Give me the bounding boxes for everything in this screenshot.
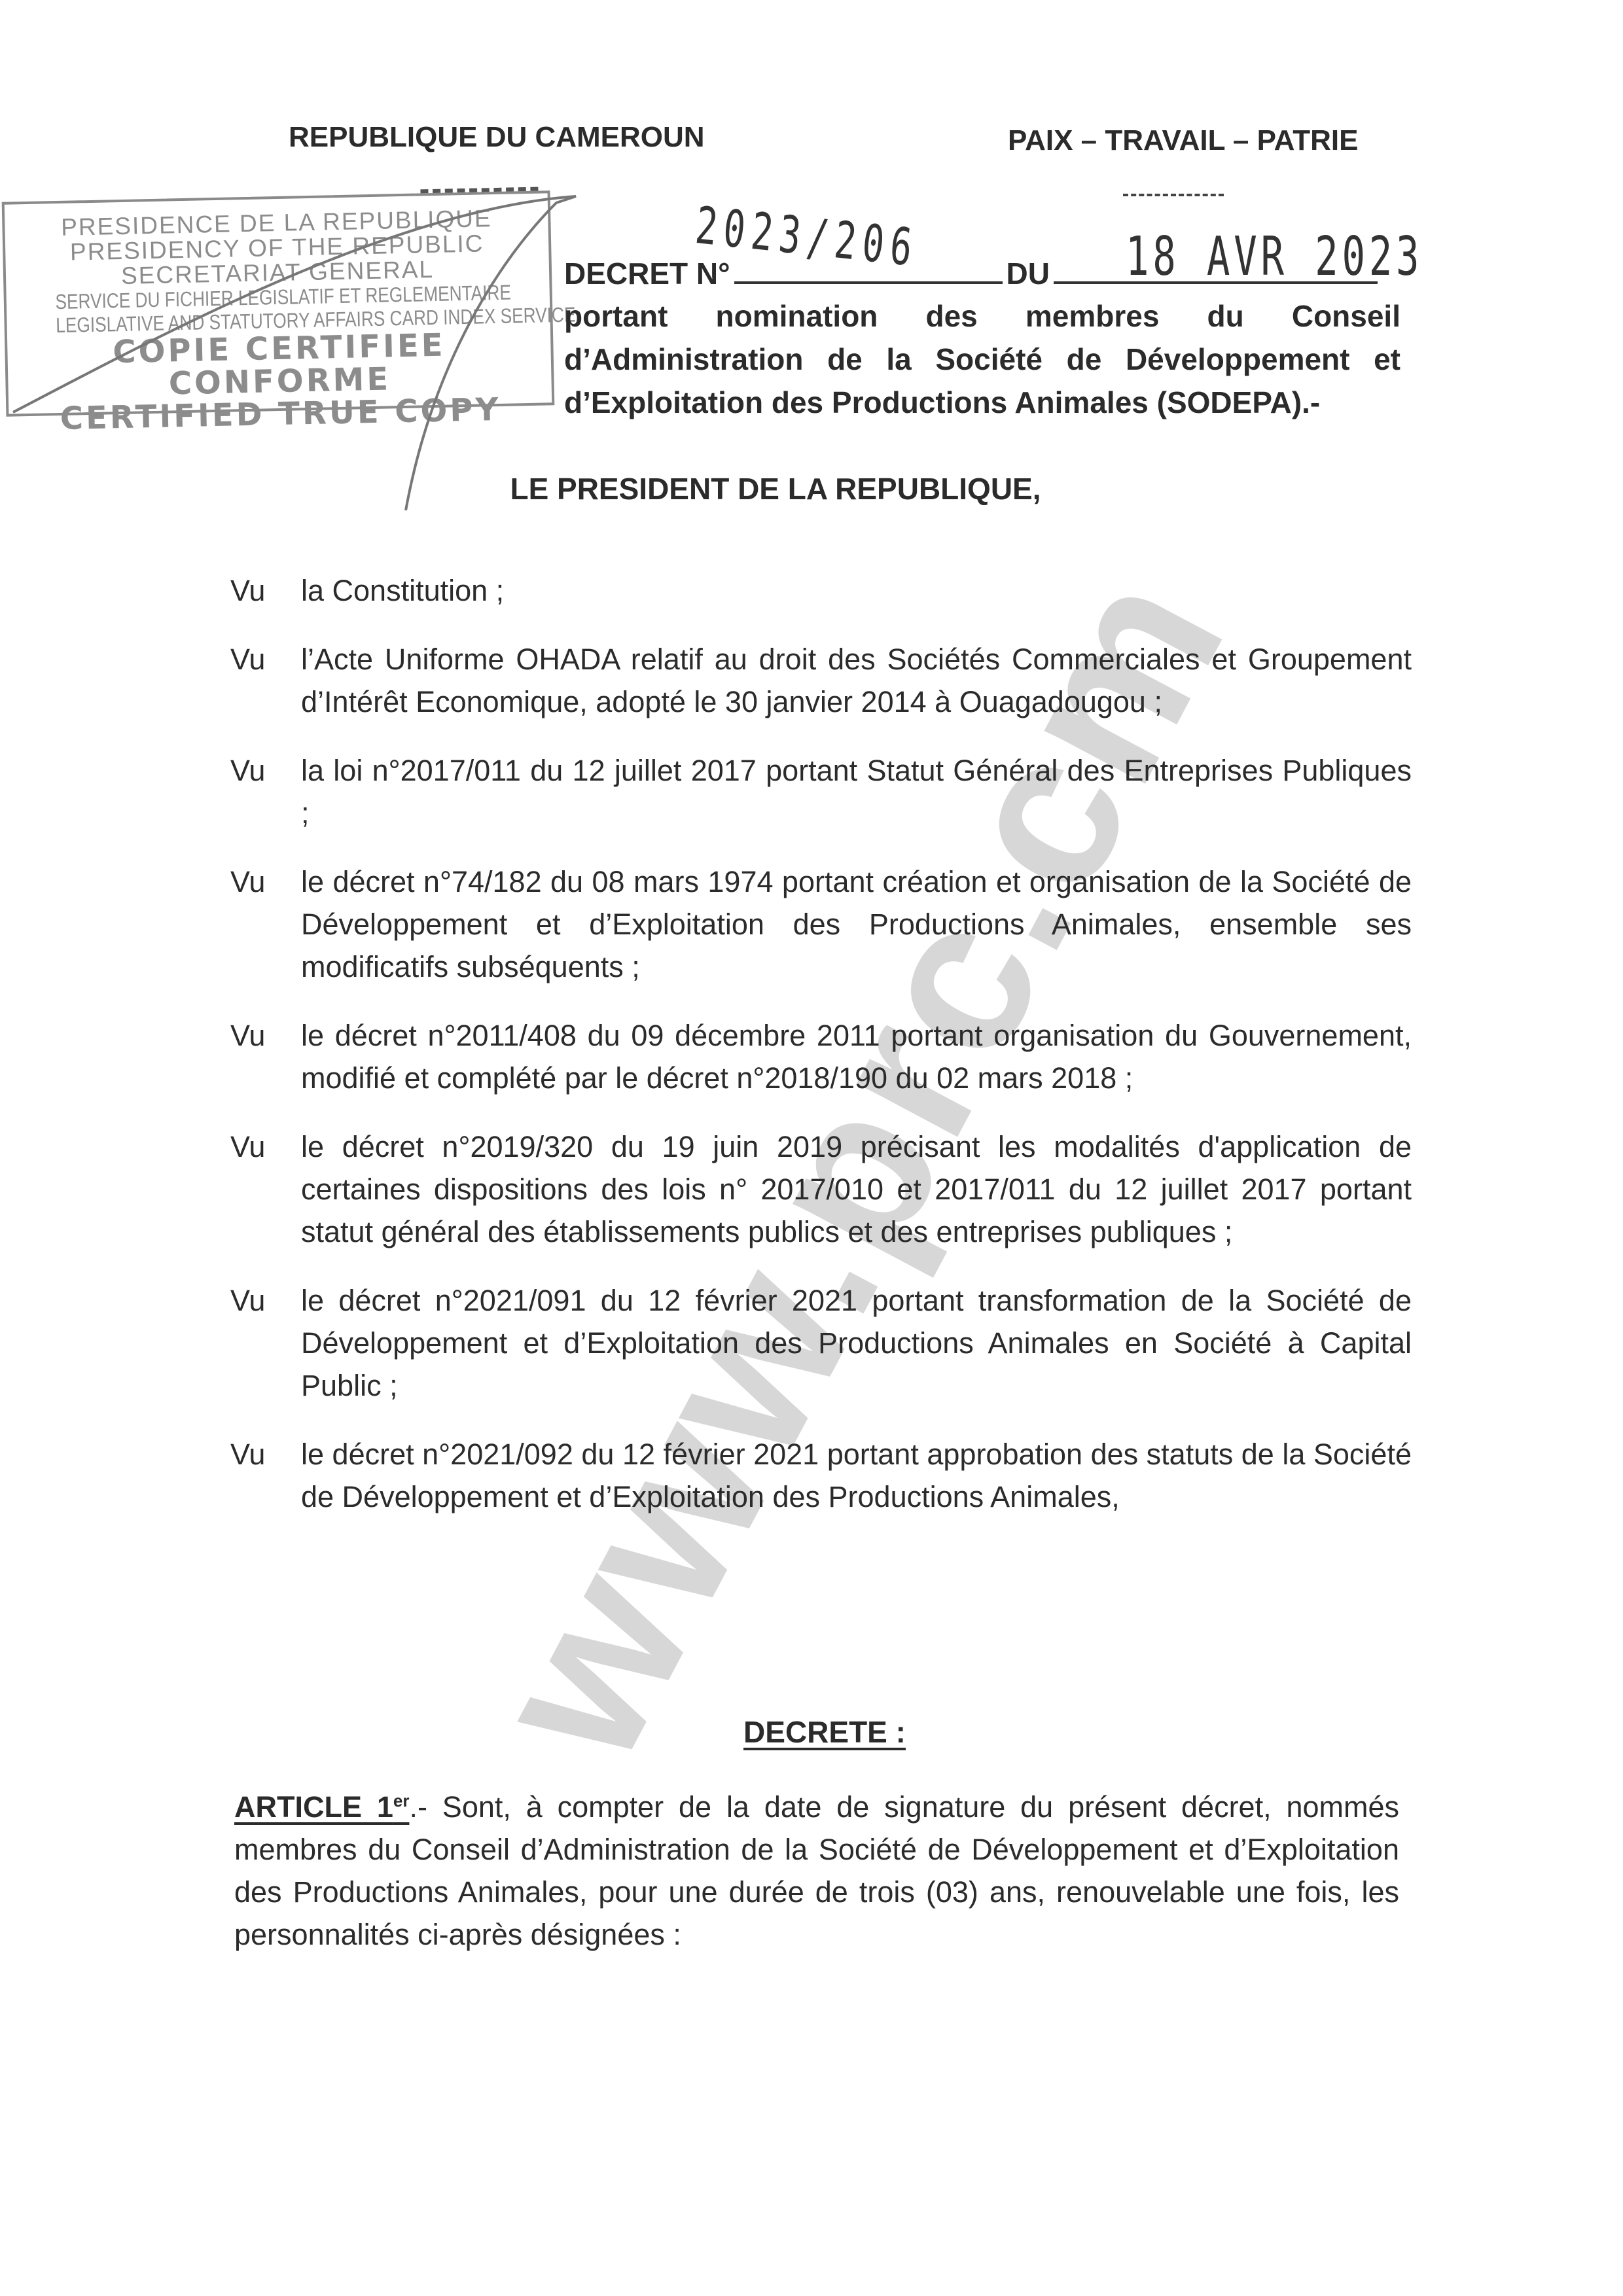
vu-text: le décret n°2011/408 du 09 décembre 2011… — [301, 1014, 1412, 1099]
vu-marker: Vu — [230, 1433, 301, 1518]
vu-marker: Vu — [230, 1014, 301, 1099]
vu-item: Vule décret n°74/182 du 08 mars 1974 por… — [230, 860, 1412, 988]
vu-item: Vula Constitution ; — [230, 569, 1412, 612]
motto-divider — [1123, 194, 1224, 196]
vu-item: Vule décret n°2021/091 du 12 février 202… — [230, 1279, 1412, 1407]
decree-date-blank — [1054, 255, 1378, 284]
vu-text: le décret n°74/182 du 08 mars 1974 porta… — [301, 860, 1412, 988]
vu-text: le décret n°2021/092 du 12 février 2021 … — [301, 1433, 1412, 1518]
president-heading: LE PRESIDENT DE LA REPUBLIQUE, — [0, 471, 1623, 506]
vu-marker: Vu — [230, 569, 301, 612]
vu-marker: Vu — [230, 638, 301, 723]
vu-item: Vula loi n°2017/011 du 12 juillet 2017 p… — [230, 749, 1412, 834]
president-heading-text: LE PRESIDENT DE LA REPUBLIQUE, — [510, 471, 1041, 506]
vu-text: le décret n°2019/320 du 19 juin 2019 pré… — [301, 1125, 1412, 1253]
vu-item: Vul’Acte Uniforme OHADA relatif au droit… — [230, 638, 1412, 723]
decrete-heading: DECRETE : — [0, 1714, 1623, 1750]
article-1-label: ARTICLE 1er — [234, 1790, 409, 1824]
vu-text: la loi n°2017/011 du 12 juillet 2017 por… — [301, 749, 1412, 834]
decree-number-blank — [734, 255, 1003, 284]
vu-item: Vule décret n°2011/408 du 09 décembre 20… — [230, 1014, 1412, 1099]
stamp-top-bar — [420, 187, 538, 194]
article-1-label-sup: er — [393, 1791, 410, 1810]
article-1-text: .- Sont, à compter de la date de signatu… — [234, 1790, 1399, 1951]
vu-marker: Vu — [230, 1125, 301, 1253]
decree-number-line: DECRET N°DU — [564, 255, 1378, 291]
vu-item: Vule décret n°2019/320 du 19 juin 2019 p… — [230, 1125, 1412, 1253]
vu-text: la Constitution ; — [301, 569, 1412, 612]
country-header: REPUBLIQUE DU CAMEROUN — [289, 121, 705, 154]
vu-text: l’Acte Uniforme OHADA relatif au droit d… — [301, 638, 1412, 723]
vu-item: Vule décret n°2021/092 du 12 février 202… — [230, 1433, 1412, 1518]
vu-marker: Vu — [230, 1279, 301, 1407]
certified-copy-stamp: PRESIDENCE DE LA REPUBLIQUE PRESIDENCY O… — [2, 190, 555, 416]
du-label: DU — [1007, 256, 1050, 291]
decree-label: DECRET N° — [564, 256, 730, 291]
article-1-label-text: ARTICLE 1 — [234, 1790, 393, 1824]
decree-title-line: d’Administration de la Société de Dévelo… — [564, 338, 1400, 381]
vu-list: Vula Constitution ;Vul’Acte Uniforme OHA… — [230, 569, 1412, 1544]
decree-title: portant nomination des membres du Consei… — [564, 294, 1400, 424]
vu-marker: Vu — [230, 749, 301, 834]
vu-text: le décret n°2021/091 du 12 février 2021 … — [301, 1279, 1412, 1407]
motto-header: PAIX – TRAVAIL – PATRIE — [1008, 124, 1358, 157]
decrete-heading-text: DECRETE : — [743, 1715, 906, 1749]
decree-title-line: d’Exploitation des Productions Animales … — [564, 381, 1400, 424]
vu-marker: Vu — [230, 860, 301, 988]
decree-title-line: portant nomination des membres du Consei… — [564, 294, 1400, 338]
article-1: ARTICLE 1er.- Sont, à compter de la date… — [234, 1780, 1399, 1956]
